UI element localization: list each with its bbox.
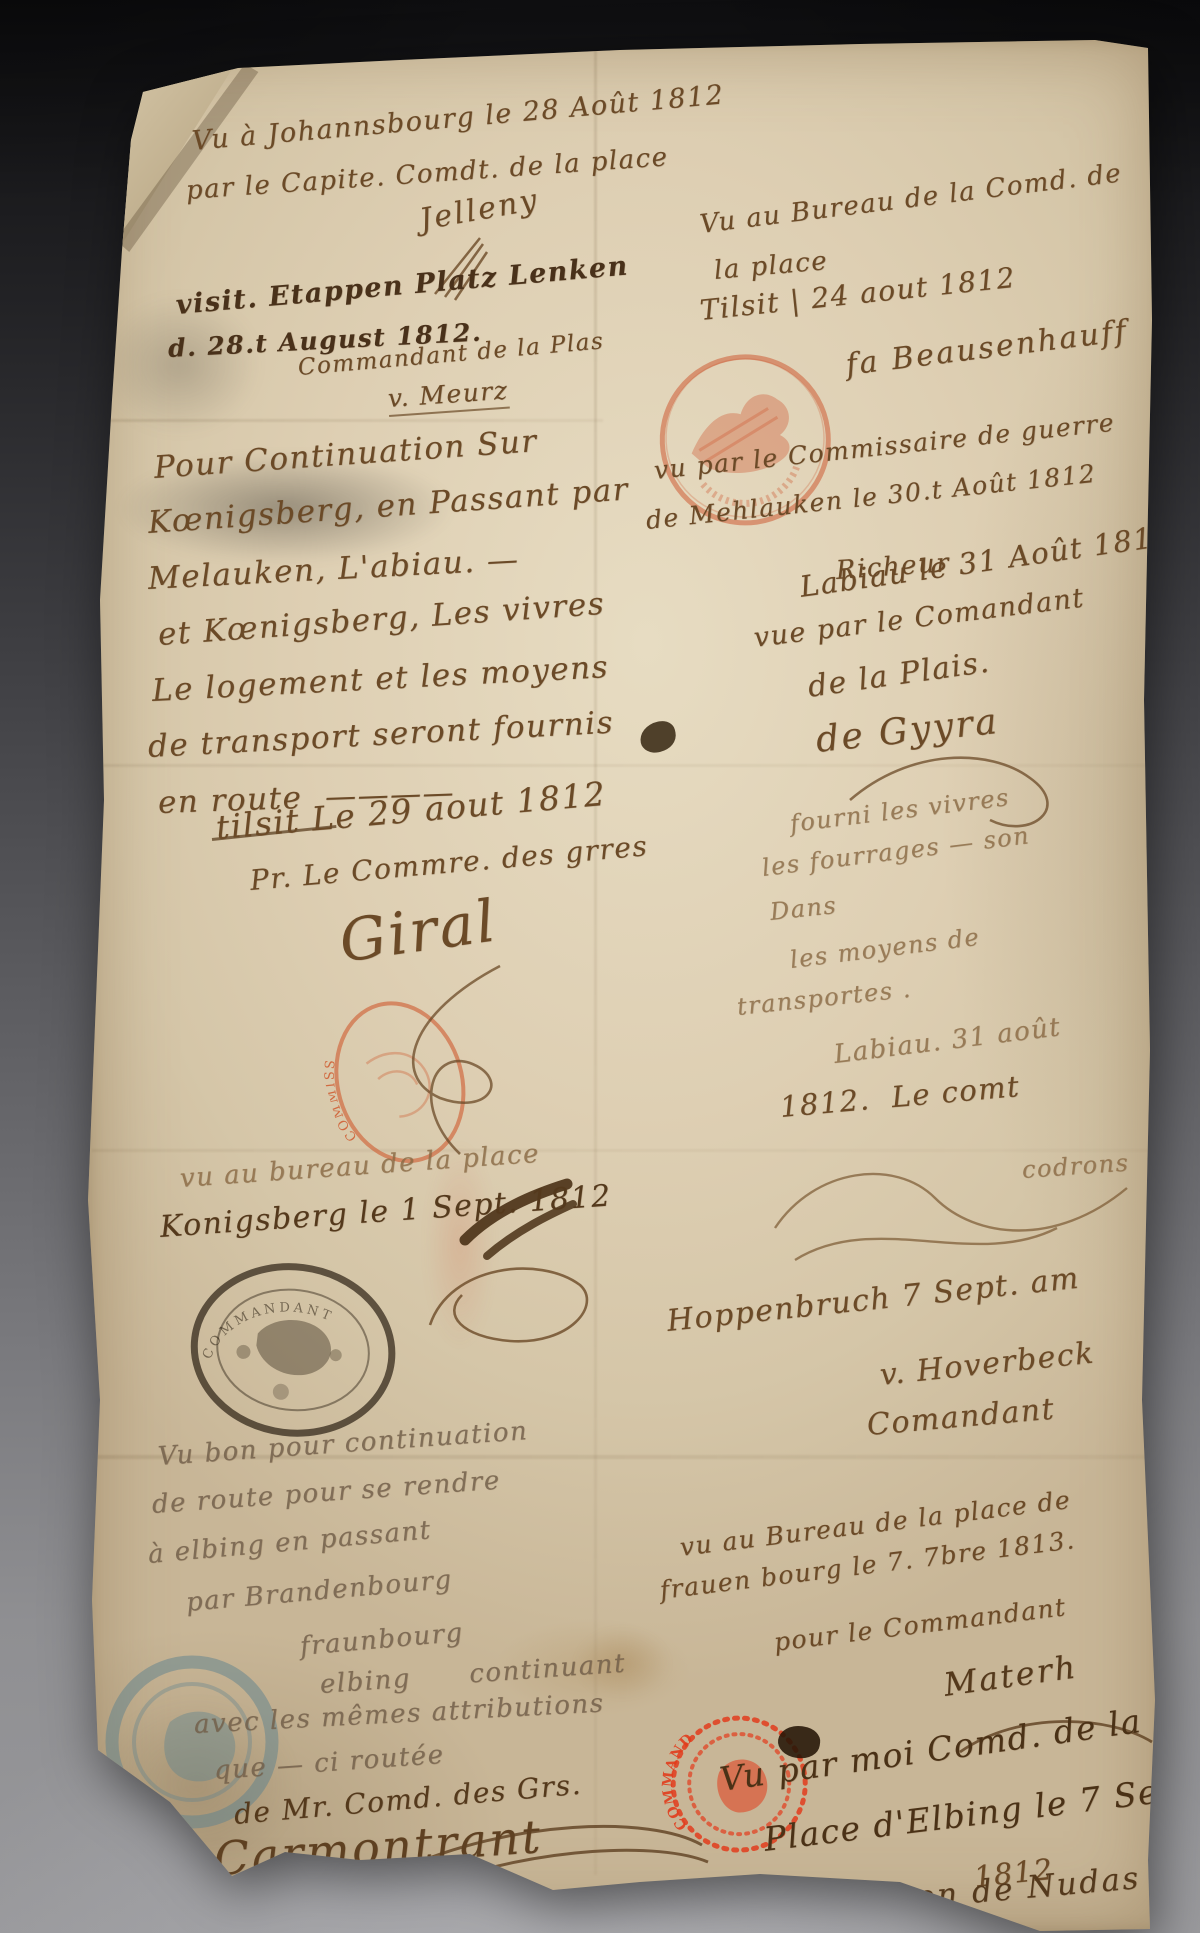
paper-shadow-wrap: COMMISS COMMANDANT	[0, 0, 1200, 1933]
photo-of-historic-document: COMMISS COMMANDANT	[0, 0, 1200, 1933]
konigsberg-signature-loops	[420, 1245, 605, 1357]
paper-content: COMMISS COMMANDANT	[0, 0, 1200, 1933]
giral-signature-flourish	[350, 958, 550, 1163]
black-oval-commandant-stamp: COMMANDANT	[176, 1246, 412, 1456]
vertical-fold-crease	[594, 45, 597, 1875]
document-paper: COMMISS COMMANDANT	[85, 36, 1165, 1933]
